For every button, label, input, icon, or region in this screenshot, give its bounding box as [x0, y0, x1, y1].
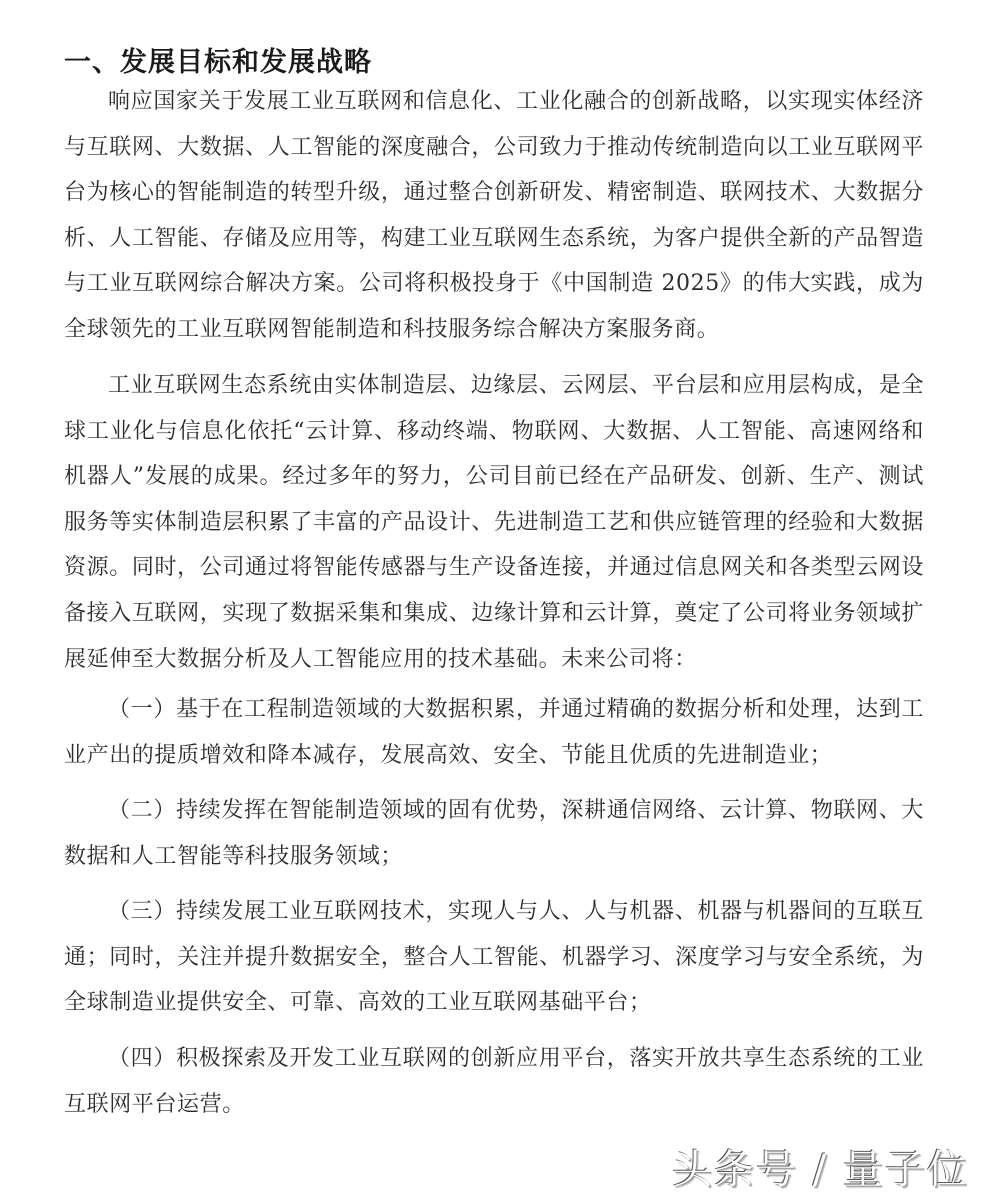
- paragraph-strategy: 响应国家关于发展工业互联网和信息化、工业化融合的创新战略，以实现实体经济与互联网…: [64, 79, 924, 353]
- list-item-2: （二）持续发挥在智能制造领域的固有优势，深耕通信网络、云计算、物联网、大数据和人…: [64, 788, 924, 879]
- section-heading: 一、发展目标和发展战略: [64, 40, 372, 79]
- paragraph-ecosystem: 工业互联网生态系统由实体制造层、边缘层、云网层、平台层和应用层构成，是全球工业化…: [64, 363, 924, 682]
- list-item-1: （一）基于在工程制造领域的大数据积累，并通过精确的数据分析和处理，达到工业产出的…: [64, 687, 924, 778]
- watermark: 头条号 / 量子位: [672, 1138, 969, 1195]
- list-item-3: （三）持续发展工业互联网技术，实现人与人、人与机器、机器与机器间的互联互通；同时…: [64, 889, 924, 1026]
- list-item-4: （四）积极探索及开发工业互联网的创新应用平台，落实开放共享生态系统的工业互联网平…: [64, 1036, 924, 1127]
